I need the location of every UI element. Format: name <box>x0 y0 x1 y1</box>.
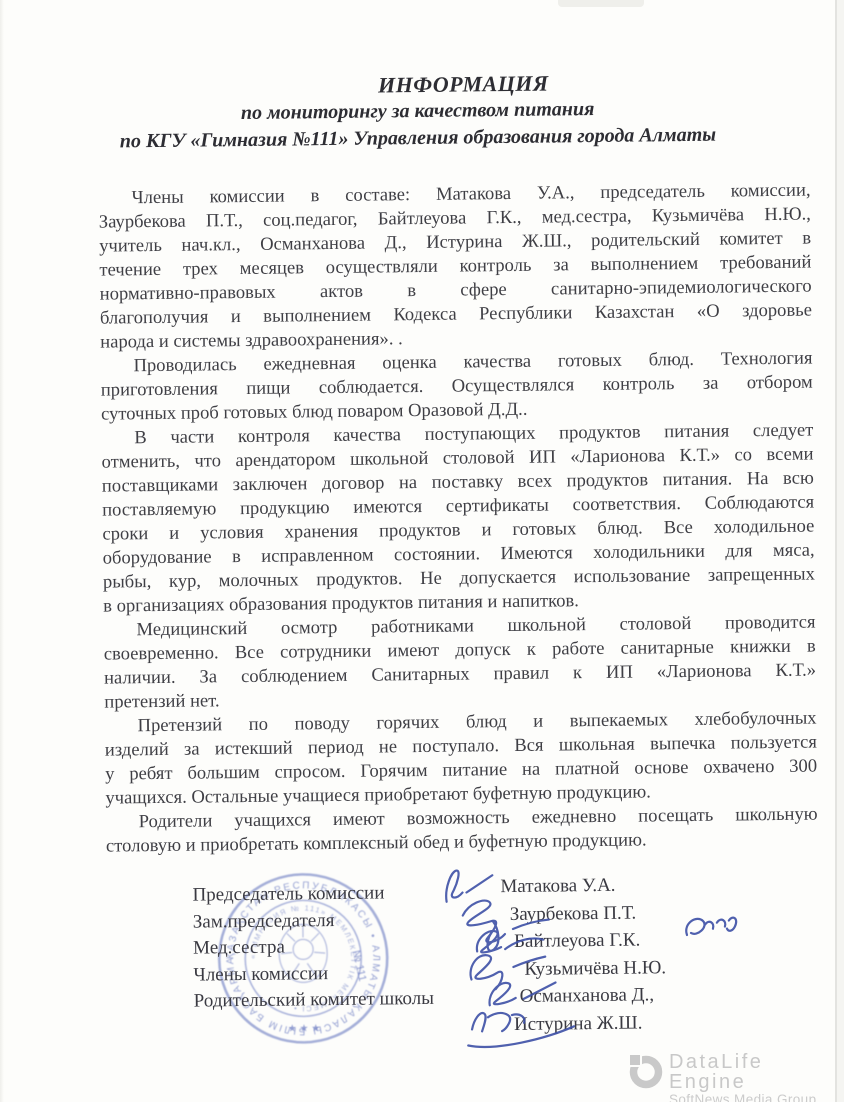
signature-stroke <box>717 920 725 927</box>
paragraph: Родители учащихся имеют возможность ежед… <box>106 803 818 859</box>
handwritten-signatures <box>404 856 766 1060</box>
stamp-stars: ★ ★ ★ <box>288 1023 321 1034</box>
document-body: Члены комиссии в составе: Матакова У.А.,… <box>98 179 818 859</box>
document-content: ИНФОРМАЦИЯ по мониторингу за качеством п… <box>0 0 844 1102</box>
datalife-engine-logo-icon <box>625 1050 664 1090</box>
paragraph: Члены комиссии в составе: Матакова У.А.,… <box>98 179 812 355</box>
paragraph: Проводилась ежедневная оценка качества г… <box>100 347 813 427</box>
signature-role: Председатель комиссии <box>192 880 433 909</box>
watermark-subtitle: SoftNews Media Group <box>669 1092 844 1102</box>
signature-stroke <box>488 1013 510 1031</box>
signature-stroke <box>466 875 492 892</box>
signature-role: Родительский комитет школы <box>194 986 435 1015</box>
signature-role: Мед.сестра <box>193 933 434 962</box>
signature-roles: Председатель комиссииЗам.председателяМед… <box>192 880 434 1015</box>
paragraph: Претензий по поводу горячих блюд и выпек… <box>104 707 817 811</box>
scanned-document-page: ИНФОРМАЦИЯ по мониторингу за качеством п… <box>0 0 844 1102</box>
signature-role: Члены комиссии <box>193 959 434 988</box>
signature-stroke <box>513 957 545 967</box>
signature-stroke <box>524 983 556 999</box>
signature-stroke <box>512 1014 524 1023</box>
signature-stroke <box>489 983 515 1006</box>
signature-stroke <box>468 1026 574 1047</box>
signature-stroke <box>472 1013 486 1031</box>
watermark-text: DataLife Engine SoftNews Media Group <box>669 1052 844 1102</box>
signature-stroke <box>505 938 543 949</box>
watermark: DataLife Engine SoftNews Media Group <box>625 1050 844 1102</box>
title-block: ИНФОРМАЦИЯ по мониторингу за качеством п… <box>0 67 840 157</box>
signature-stroke <box>470 955 502 990</box>
signature-stroke <box>513 920 549 929</box>
paragraph: Медицинский осмотр работниками школьной … <box>103 611 816 715</box>
signature-stroke <box>446 871 463 902</box>
signature-stroke <box>686 919 705 935</box>
signature-role: Зам.председателя <box>193 906 434 935</box>
signature-stroke <box>705 922 713 929</box>
watermark-brand: DataLife Engine <box>669 1052 844 1092</box>
paragraph: В части контроля качества поступающих пр… <box>101 419 815 619</box>
signature-stroke <box>727 918 736 931</box>
